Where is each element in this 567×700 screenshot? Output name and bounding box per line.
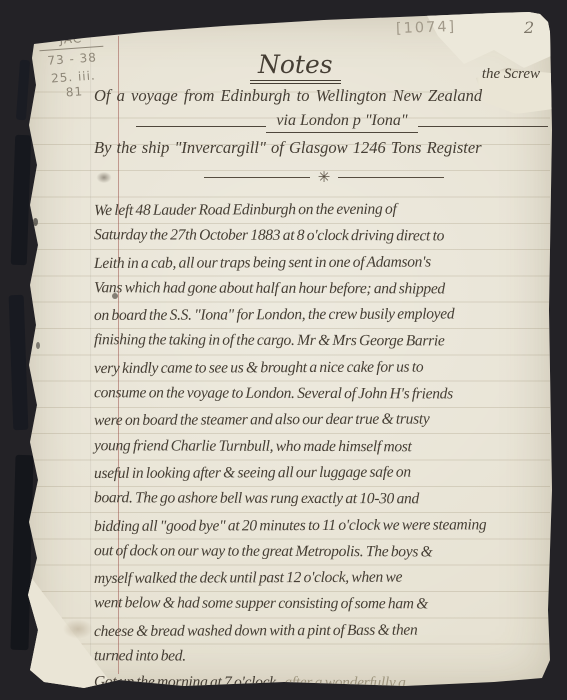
title-text: Notes [250, 50, 341, 84]
manuscript-line: went below & had some supper consisting … [94, 591, 550, 619]
manuscript-line: young friend Charlie Turnbull, who made … [94, 433, 550, 461]
manuscript-line: useful in looking after & seeing all our… [94, 459, 550, 487]
binding-remnant [10, 455, 33, 650]
manuscript-title: Notes [250, 50, 341, 79]
manuscript-line: Vans which had gone about half an hour b… [94, 275, 550, 303]
manuscript-line: finishing the taking in of the cargo. Mr… [94, 328, 550, 356]
binding-remnant [9, 295, 29, 430]
subtitle-line-2-text: via London p "Iona" [266, 112, 417, 133]
manuscript-line: consume on the voyage to London. Several… [94, 380, 550, 408]
asterisk-flourish-icon: ✳ [310, 168, 339, 187]
manuscript-line: Leith in a cab, all our traps being sent… [94, 249, 550, 277]
manuscript-line: were on board the steamer and also our d… [94, 406, 550, 434]
binding-remnant [16, 60, 30, 121]
edge-speck [33, 218, 38, 226]
shelfmark-number: 73 - 38 [40, 50, 105, 69]
diary-body: We left 48 Lauder Road Edinburgh on the … [94, 197, 550, 692]
last-line-ink: Got up the morning at 7 o'clock [94, 674, 276, 692]
manuscript-line-last: Got up the morning at 7 o'clock after a … [94, 670, 550, 692]
manuscript-line: Saturday the 27th October 1883 at 8 o'cl… [94, 223, 550, 251]
photo-stage: MS JAC 73 - 38 25. iii. 81 [1074] 2 Note… [0, 0, 567, 700]
binding-remnant [11, 135, 32, 265]
page-number: 2 [524, 18, 534, 37]
manuscript-line: out of dock on our way to the great Metr… [94, 538, 550, 566]
manuscript-line: board. The go ashore bell was rung exact… [94, 485, 550, 513]
header-divider: ✳ [204, 168, 444, 187]
manuscript-page: MS JAC 73 - 38 25. iii. 81 [1074] 2 Note… [24, 10, 556, 692]
manuscript-line: myself walked the deck until past 12 o'c… [94, 564, 550, 592]
divider-rule-right [338, 177, 444, 178]
flourish-rule-left [136, 126, 266, 127]
subtitle-line-3: By the ship "Invercargill" of Glasgow 12… [94, 138, 482, 158]
inserted-phrase: the Screw [482, 66, 540, 83]
manuscript-line: turned into bed. [94, 643, 550, 671]
edge-speck [36, 342, 40, 349]
last-line-faded: after a wonderfully g [284, 674, 405, 691]
manuscript-line: cheese & bread washed down with a pint o… [94, 617, 550, 645]
subtitle-line-2: via London p "Iona" [136, 112, 548, 133]
manuscript-line: bidding all "good bye" at 20 minutes to … [94, 512, 550, 540]
manuscript-line: We left 48 Lauder Road Edinburgh on the … [94, 196, 550, 224]
subtitle-line-1: Of a voyage from Edinburgh to Wellington… [94, 86, 482, 106]
divider-rule-left [204, 177, 310, 178]
page-crease [90, 10, 92, 692]
manuscript-line: very kindly came to see us & brought a n… [94, 354, 550, 382]
flourish-rule-right [418, 126, 548, 127]
manuscript-line: on board the S.S. "Iona" for London, the… [94, 301, 550, 329]
shelfmark-collection: MS [59, 13, 80, 28]
shelfmark-series: JAC [38, 30, 103, 51]
ink-stain [94, 170, 114, 185]
inventory-number: [1074] [396, 19, 457, 37]
